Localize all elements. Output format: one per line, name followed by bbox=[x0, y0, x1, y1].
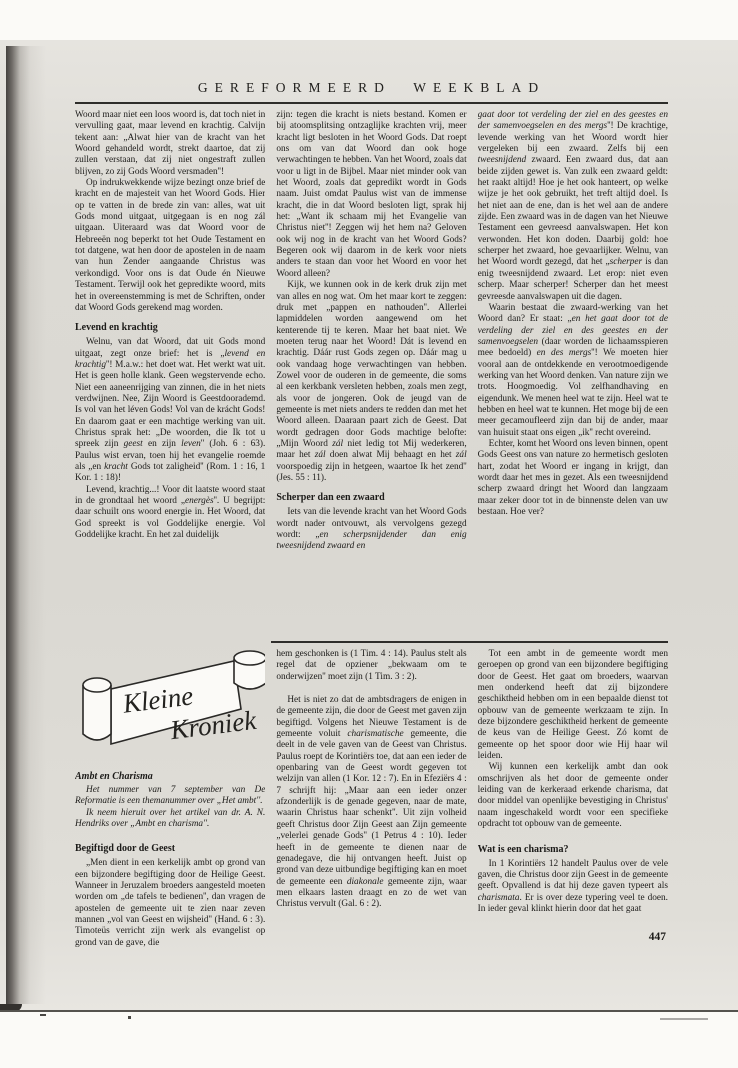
scan-edge-rule bbox=[0, 1010, 738, 1012]
kroniek-column-2: hem geschonken is (1 Tim. 4 : 14). Paulu… bbox=[276, 641, 466, 1012]
article-column-3: gaat door tot verdeling der ziel en des … bbox=[478, 110, 668, 641]
paragraph: Welnu, van dat Woord, dat uit Gods mond … bbox=[75, 337, 265, 484]
kroniek-section: Kleine Kroniek Ambt en CharismaHet numme… bbox=[75, 641, 668, 1012]
paragraph: Het is niet zo dat de ambtsdragers de en… bbox=[276, 695, 466, 911]
paragraph: Het nummer van 7 september van De Reform… bbox=[75, 785, 265, 808]
paragraph: gaat door tot verdeling der ziel en des … bbox=[478, 110, 668, 303]
scan-speck bbox=[40, 1014, 46, 1016]
paragraph: Ik neem hieruit over het artikel van dr.… bbox=[75, 808, 265, 831]
paragraph: zijn: tegen die kracht is niets bestand.… bbox=[276, 110, 466, 280]
section-heading: Wat is een charisma? bbox=[478, 844, 668, 856]
paragraph: Kijk, we kunnen ook in de kerk druk zijn… bbox=[276, 280, 466, 484]
section-heading: Scherper dan een zwaard bbox=[276, 492, 466, 504]
section-heading: Levend en krachtig bbox=[75, 322, 265, 334]
paragraph: Wij kunnen een kerkelijk ambt dan ook om… bbox=[478, 762, 668, 830]
page-number: 447 bbox=[478, 931, 668, 943]
kleine-kroniek-banner: Kleine Kroniek bbox=[75, 643, 265, 761]
paragraph: Levend, krachtig...! Voor dit laatste wo… bbox=[75, 485, 265, 542]
paragraph: „Men dient in een kerkelijk ambt op gron… bbox=[75, 858, 265, 949]
paragraph: Iets van die levende kracht van het Woor… bbox=[276, 507, 466, 552]
scan-spine-shadow bbox=[6, 46, 46, 1004]
paragraph: Waarin bestaat die zwaard-werking van he… bbox=[478, 303, 668, 439]
paragraph: In 1 Korintiërs 12 handelt Paulus over d… bbox=[478, 859, 668, 916]
scroll-banner-icon: Kleine Kroniek bbox=[75, 643, 265, 756]
kroniek-column-1: Kleine Kroniek Ambt en CharismaHet numme… bbox=[75, 641, 265, 1012]
paragraph: Echter, komt het Woord ons leven binnen,… bbox=[478, 439, 668, 518]
scan-speck bbox=[660, 1018, 708, 1020]
masthead-rule bbox=[75, 102, 668, 104]
scan-speck bbox=[128, 1016, 131, 1019]
section-heading: Begiftigd door de Geest bbox=[75, 843, 265, 855]
section-divider-rule bbox=[271, 641, 668, 643]
paragraph: hem geschonken is (1 Tim. 4 : 14). Paulu… bbox=[276, 649, 466, 683]
article-column-1: Woord maar niet een loos woord is, dat t… bbox=[75, 110, 265, 641]
article-column-2: zijn: tegen die kracht is niets bestand.… bbox=[276, 110, 466, 641]
paragraph: Op indrukwekkende wijze bezingt onze bri… bbox=[75, 178, 265, 314]
section-heading: Ambt en Charisma bbox=[75, 771, 265, 783]
masthead-title: GEREFORMEERD WEEKBLAD bbox=[75, 80, 668, 96]
article-top-section: Woord maar niet een loos woord is, dat t… bbox=[75, 110, 668, 641]
kroniek-column-3: Tot een ambt in de gemeente wordt men ge… bbox=[478, 641, 668, 1012]
paragraph: Woord maar niet een loos woord is, dat t… bbox=[75, 110, 265, 178]
paragraph: Tot een ambt in de gemeente wordt men ge… bbox=[478, 649, 668, 762]
